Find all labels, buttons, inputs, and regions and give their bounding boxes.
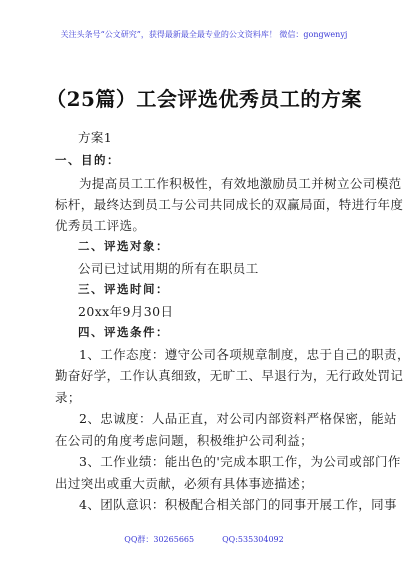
footer-contact: QQ群：30265665QQ:535304092 <box>0 534 408 545</box>
criteria-item-1-line: 录； <box>55 388 81 406</box>
paragraph-line: 20xx年9月30日 <box>78 302 173 320</box>
criteria-item-4-line: 4、团队意识：积极配合相关部门的同事开展工作，同事 <box>79 495 355 513</box>
section-heading-criteria: 四、评选条件： <box>78 324 169 340</box>
criteria-item-1-line: 勤奋好学，工作认真细致，无旷工、早退行为，无行政处罚记 <box>55 366 355 384</box>
section-heading-purpose: 一、目的： <box>55 152 120 168</box>
criteria-item-2-line: 2、忠诚度：人品正直，对公司内部资料严格保密，能站 <box>79 409 355 427</box>
section-heading-time: 三、评选时间： <box>78 281 169 297</box>
criteria-item-3-line: 出过突出或重大贡献，必须有具体事迹描述； <box>55 474 313 492</box>
footer-qq: QQ:535304092 <box>222 535 284 544</box>
criteria-item-2-line: 在公司的角度考虑问题，积极维护公司利益； <box>55 431 313 449</box>
plan-label: 方案1 <box>78 128 112 146</box>
section-heading-target: 二、评选对象： <box>78 238 169 254</box>
footer-qq-group: QQ群：30265665 <box>124 534 194 545</box>
paragraph-line: 为提高员工工作积极性，有效地激励员工并树立公司模范 <box>79 174 355 192</box>
document-title: （25篇）工会评选优秀员工的方案 <box>0 83 408 112</box>
paragraph-line: 标杆，最终达到员工与公司共同成长的双赢局面，特进行年度 <box>55 195 355 213</box>
paragraph-line: 优秀员工评选。 <box>55 216 145 234</box>
criteria-item-3-line: 3、工作业绩：能出色的'完成本职工作，为公司或部门作 <box>79 452 355 470</box>
criteria-item-1-line: 1、工作态度：遵守公司各项规章制度，忠于自己的职责， <box>79 345 355 363</box>
header-banner: 关注头条号“公文研究”，获得最新最全最专业的公文资料库！ 微信：gongweny… <box>0 29 408 40</box>
paragraph-line: 公司已过试用期的所有在职员工 <box>78 259 259 277</box>
